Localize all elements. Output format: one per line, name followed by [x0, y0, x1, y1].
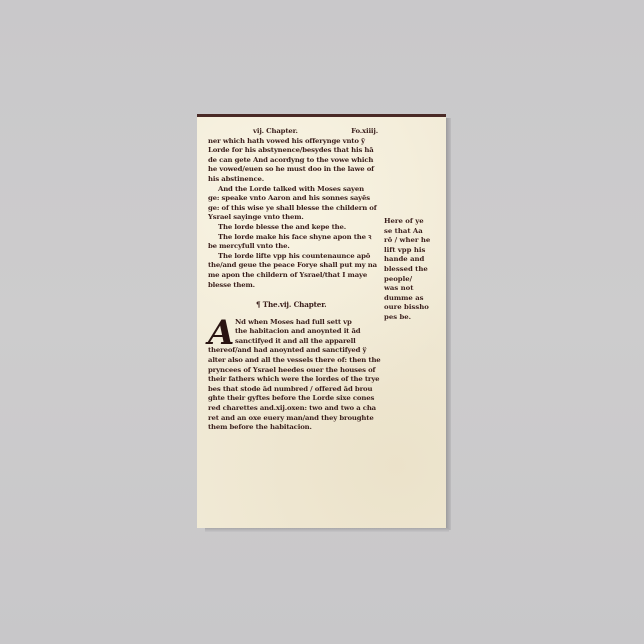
- running-title: vij. Chapter.: [253, 127, 298, 137]
- chapter-heading: ¶ The.vij. Chapter.: [208, 300, 380, 310]
- text-line: blesse them.: [208, 281, 380, 291]
- canvas-top-edge: [197, 114, 446, 117]
- margin-line: dumme as: [384, 294, 440, 304]
- canvas-shadow-right: [446, 118, 451, 530]
- margin-line: rō / wher he: [384, 236, 440, 246]
- text-line: he vowed/euen so he must doo in the lawe…: [208, 165, 380, 175]
- text-line: their fathers which were the lordes of t…: [208, 375, 380, 385]
- text-line: The lorde make his face shyne apon the ꝛ: [208, 233, 380, 243]
- text-line: de can gete And acordyng to the vowe whi…: [208, 156, 380, 166]
- margin-line: pes be.: [384, 313, 440, 323]
- canvas-print: vij. Chapter. Fo.xiiij. ner which hath v…: [197, 114, 446, 528]
- text-line: alter also and all the vessels there of:…: [208, 356, 380, 366]
- text-line: ghte their gyftes before the Lorde sixe …: [208, 394, 380, 404]
- section-3: A Nd when Moses had full sett vp the hab…: [208, 318, 380, 433]
- text-line: them before the habitacion.: [208, 423, 380, 433]
- margin-line: Here of ye: [384, 217, 440, 227]
- text-line: pryncees of Ysrael heedes ouer the house…: [208, 366, 380, 376]
- text-line: red charettes and.xij.oxen: two and two …: [208, 404, 380, 414]
- text-line: ge: of this wise ye shall blesse the chi…: [208, 204, 380, 214]
- text-line: the/and geue the peace Forye shall put m…: [208, 261, 380, 271]
- section-2: And the Lorde talked with Moses sayen ge…: [208, 185, 380, 223]
- blessing: The lorde blesse the and kepe the. The l…: [208, 223, 380, 290]
- drop-cap-initial: A: [208, 318, 233, 348]
- margin-line: se that Aa: [384, 227, 440, 237]
- page-text: vij. Chapter. Fo.xiiij. ner which hath v…: [208, 127, 380, 433]
- margin-line: people/: [384, 275, 440, 285]
- text-line: ge: speake vnto Aaron and his sonnes say…: [208, 194, 380, 204]
- text-line: The lorde lifte vpp his countenaunce apō: [208, 252, 380, 262]
- section-1: ner which hath vowed his offerynge vnto …: [208, 137, 380, 185]
- text-line: bes that stode ād numbred / offered ād b…: [208, 385, 380, 395]
- margin-line: lift vpp his: [384, 246, 440, 256]
- product-preview-scene: vij. Chapter. Fo.xiiij. ner which hath v…: [0, 0, 644, 644]
- margin-line: blessed the: [384, 265, 440, 275]
- margin-line: hande and: [384, 255, 440, 265]
- text-line: The lorde blesse the and kepe the.: [208, 223, 380, 233]
- text-line: And the Lorde talked with Moses sayen: [208, 185, 380, 195]
- margin-line: was not: [384, 284, 440, 294]
- text-line: his abstinence.: [208, 175, 380, 185]
- canvas-shadow-bottom: [205, 528, 449, 532]
- text-line: ret and an oxe euery man/and they brough…: [208, 414, 380, 424]
- running-header: vij. Chapter. Fo.xiiij.: [208, 127, 380, 137]
- text-line: Ysrael sayinge vnto them.: [208, 213, 380, 223]
- margin-line: oure bissho: [384, 303, 440, 313]
- text-line: be mercyfull vnto the.: [208, 242, 380, 252]
- marginal-note: Here of ye se that Aa rō / wher he lift …: [384, 217, 440, 323]
- text-line: ner which hath vowed his offerynge vnto …: [208, 137, 380, 147]
- text-line: me apon the childern of Ysrael/that I ma…: [208, 271, 380, 281]
- text-line: Lorde for his abstynence/besydes that hi…: [208, 146, 380, 156]
- folio-number: Fo.xiiij.: [351, 127, 378, 137]
